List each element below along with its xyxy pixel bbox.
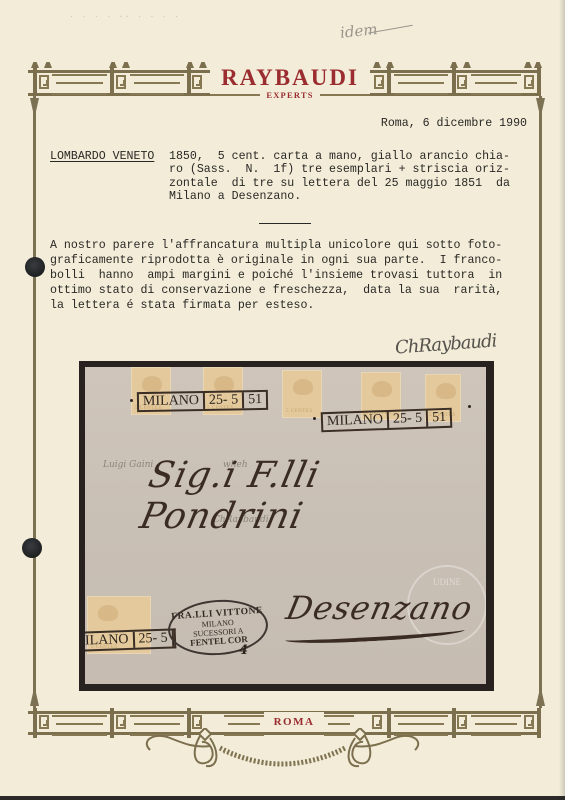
greek-key-icon	[116, 715, 126, 729]
greek-key-icon	[39, 75, 49, 89]
opinion-line: A nostro parere l'affrancatura multipla …	[50, 238, 525, 253]
ornament-post	[537, 708, 541, 738]
expert-opinion: A nostro parere l'affrancatura multipla …	[50, 238, 525, 313]
pencil-note: Luigi Gaini	[103, 460, 153, 470]
binder-hole	[25, 257, 45, 277]
stamp	[282, 370, 322, 418]
expert-signature: ChRaybaudi	[394, 330, 497, 358]
city-label: ROMA	[274, 716, 315, 728]
cancel-year: 51	[428, 410, 451, 427]
ornament-post	[33, 708, 37, 738]
finial-icon	[463, 62, 471, 68]
greek-key-icon	[524, 75, 534, 89]
binder-hole	[22, 538, 42, 558]
cancel-dot	[468, 405, 471, 408]
opinion-line: la lettera é stata firmata per esteso.	[50, 298, 525, 313]
brand-title: RAYBAUDI	[221, 66, 359, 90]
faded-pencil-marks: · · · · ·· · · · ·	[70, 12, 300, 30]
cancel-dot	[313, 417, 316, 420]
finial-icon	[524, 62, 532, 68]
greek-key-icon	[192, 75, 202, 89]
destination-script: Desenzano	[283, 589, 476, 627]
description-line: zontale di tre su lettera del 25 maggio …	[169, 177, 520, 190]
ornament-post	[187, 66, 191, 96]
description-line: Milano a Desenzano.	[169, 190, 520, 203]
milano-cancel: MILANO 25- 5 51	[137, 390, 269, 412]
letter-cover: MILANO 25- 5 51 MILANO 25- 5 51 Luigi Ga…	[85, 367, 486, 684]
rod-cap-icon	[536, 98, 545, 112]
country-heading: LOMBARDO VENETO	[50, 150, 154, 163]
header-ornament: RAYBAUDI EXPERTS	[20, 62, 545, 98]
ornament-post	[452, 66, 456, 96]
left-border-rod	[33, 96, 36, 708]
ornament-post	[387, 66, 391, 96]
milano-cancel: MILANO 25- 5 51	[321, 408, 453, 433]
opinion-line: ottimo stato di conservazione e freschez…	[50, 283, 525, 298]
certificate-date: Roma, 6 dicembre 1990	[381, 117, 527, 130]
milano-cancel: ILANO 25- 5	[85, 628, 176, 651]
brand-subtitle: EXPERTS	[204, 90, 375, 100]
description-line: ro (Sass. N. 1f) tre esemplari + strisci…	[169, 163, 520, 176]
finial-icon	[44, 62, 52, 68]
ornament-panel	[130, 74, 184, 95]
cancel-date: 25- 5	[387, 411, 429, 428]
finial-icon	[373, 62, 381, 68]
page-edge-shadow	[559, 0, 565, 800]
finial-icon	[199, 62, 207, 68]
cancel-year: 51	[244, 392, 266, 408]
ornament-post	[110, 66, 114, 96]
ornament-post	[452, 708, 456, 738]
greek-key-icon	[374, 75, 384, 89]
cancel-dot	[130, 399, 133, 402]
opinion-line: bolli hanno ampi margini e poiché l'insi…	[50, 268, 525, 283]
addressee-script: Sig.i F.lli Pondrini	[136, 455, 486, 537]
ornament-panel	[52, 715, 107, 736]
garland-ornament	[140, 728, 425, 778]
ornament-post	[33, 66, 37, 96]
ornament-post	[110, 708, 114, 738]
right-border-rod	[539, 96, 542, 708]
cancel-town: MILANO	[139, 393, 203, 410]
cancel-town: ILANO	[85, 632, 133, 650]
ornament-panel	[471, 74, 521, 95]
greek-key-icon	[524, 715, 534, 729]
cancel-town: MILANO	[323, 412, 388, 430]
ornament-post	[537, 66, 541, 96]
brand-block: RAYBAUDI EXPERTS	[210, 64, 370, 96]
greek-key-icon	[457, 715, 467, 729]
cancel-date: 25- 5	[203, 392, 244, 409]
ornament-panel	[471, 715, 521, 736]
description-line: 1850, 5 cent. carta a mano, giallo aranc…	[169, 150, 520, 163]
greek-key-icon	[39, 715, 49, 729]
ornament-panel	[394, 74, 448, 95]
greek-key-icon	[116, 75, 126, 89]
item-description: LOMBARDO VENETO 1850, 5 cent. carta a ma…	[50, 150, 520, 204]
greek-key-icon	[457, 75, 467, 89]
greek-key-icon	[372, 715, 382, 729]
greek-key-icon	[192, 715, 202, 729]
rod-cap-icon	[536, 692, 545, 706]
section-divider	[259, 223, 311, 224]
charge-mark: 4	[239, 643, 248, 658]
letter-photo: MILANO 25- 5 51 MILANO 25- 5 51 Luigi Ga…	[79, 361, 494, 691]
rod-cap-icon	[30, 98, 39, 112]
pencil-note-idem: idem	[339, 20, 378, 42]
rod-cap-icon	[30, 692, 39, 706]
page-bottom-edge	[0, 796, 565, 800]
finial-icon	[122, 62, 130, 68]
ornament-panel	[52, 74, 107, 95]
sender-cachet: FRA.LLI VITTONE MILANO SUCESSORI A FENTE…	[166, 597, 270, 659]
opinion-line: graficamente riprodotta è originale in o…	[50, 253, 525, 268]
